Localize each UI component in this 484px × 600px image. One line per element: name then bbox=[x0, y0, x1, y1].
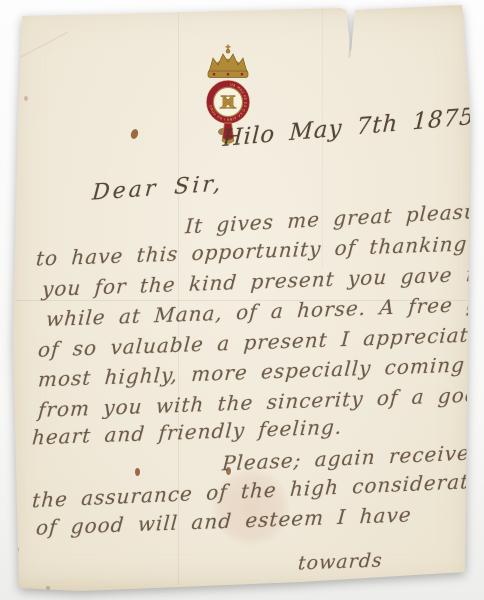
body-line-closing: towards bbox=[297, 549, 383, 574]
svg-text:K: K bbox=[219, 93, 236, 114]
salutation: Dear Sir, bbox=[91, 171, 224, 205]
dateline: Hilo May 7th 1875. bbox=[222, 103, 484, 152]
foxing-spot bbox=[130, 128, 140, 140]
crown-icon bbox=[208, 45, 248, 78]
crest-monogram: K K bbox=[219, 93, 237, 114]
fold-crease-corner bbox=[6, 32, 68, 66]
paper-surface: UA MAU KE EA O KA AINA I KA PONO K K Hil… bbox=[0, 0, 484, 600]
foxing-spot bbox=[24, 96, 28, 101]
foxing-spot bbox=[12, 546, 19, 553]
foxing-spot bbox=[135, 468, 140, 476]
paper-tear bbox=[348, 12, 353, 58]
foxing-spot bbox=[46, 586, 50, 590]
letter-photo: UA MAU KE EA O KA AINA I KA PONO K K Hil… bbox=[0, 0, 484, 600]
letter-paper: UA MAU KE EA O KA AINA I KA PONO K K Hil… bbox=[0, 0, 484, 600]
